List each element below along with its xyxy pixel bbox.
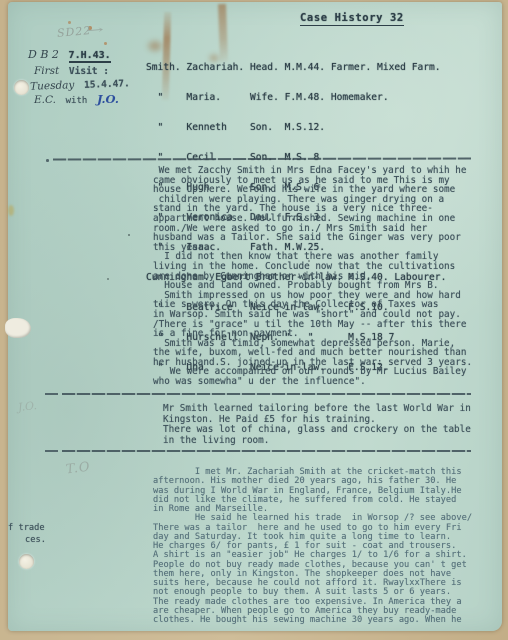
paper-tear (5, 318, 31, 338)
section-divider (62, 450, 471, 452)
document-page: Case History 32 SD22→ D B 2 7.H.43. Firs… (8, 2, 502, 631)
visitor-initials-ink: J.O. (97, 92, 119, 106)
margin-trade-note: f trade (8, 524, 45, 533)
ink-speck (107, 278, 109, 280)
rule-dot (46, 159, 49, 162)
section-divider (62, 393, 471, 395)
pencil-arrow-icon: → (86, 23, 106, 38)
rule-dash (45, 450, 58, 452)
table-row: Smith. Zachariah. Head. M.M.44. Farmer. … (146, 63, 446, 73)
visitor-with-typed: with (66, 96, 88, 106)
ink-speck (128, 234, 130, 236)
table-row: " Maria. Wife. F.M.48. Homemaker. (146, 93, 446, 103)
visitor-initials-hand: E.C. (34, 94, 56, 106)
visit-narrative: We met Zacchy Smith in Mrs Edna Facey's … (153, 166, 472, 387)
punch-hole-top (14, 80, 29, 95)
table-row: " Kenneth Son. M.S.12. (146, 123, 446, 133)
rust-speck (68, 21, 71, 24)
punch-hole-bottom (19, 554, 34, 569)
rule-dash (45, 393, 58, 395)
page-title: Case History 32 (300, 12, 404, 26)
pencil-file-code: SD22→ (57, 23, 103, 40)
tailoring-note: Mr Smith learned tailoring before the la… (163, 404, 471, 446)
margin-pencil-initials: J.O. (17, 399, 37, 414)
margin-trade-note: ces. (25, 536, 46, 545)
visitors-line: E.C. with J.O. (34, 88, 119, 107)
turn-over-note: T.O (65, 460, 91, 478)
cricket-narrative: I met Mr. Zachariah Smith at the cricket… (153, 468, 472, 625)
edge-stain (8, 205, 14, 216)
